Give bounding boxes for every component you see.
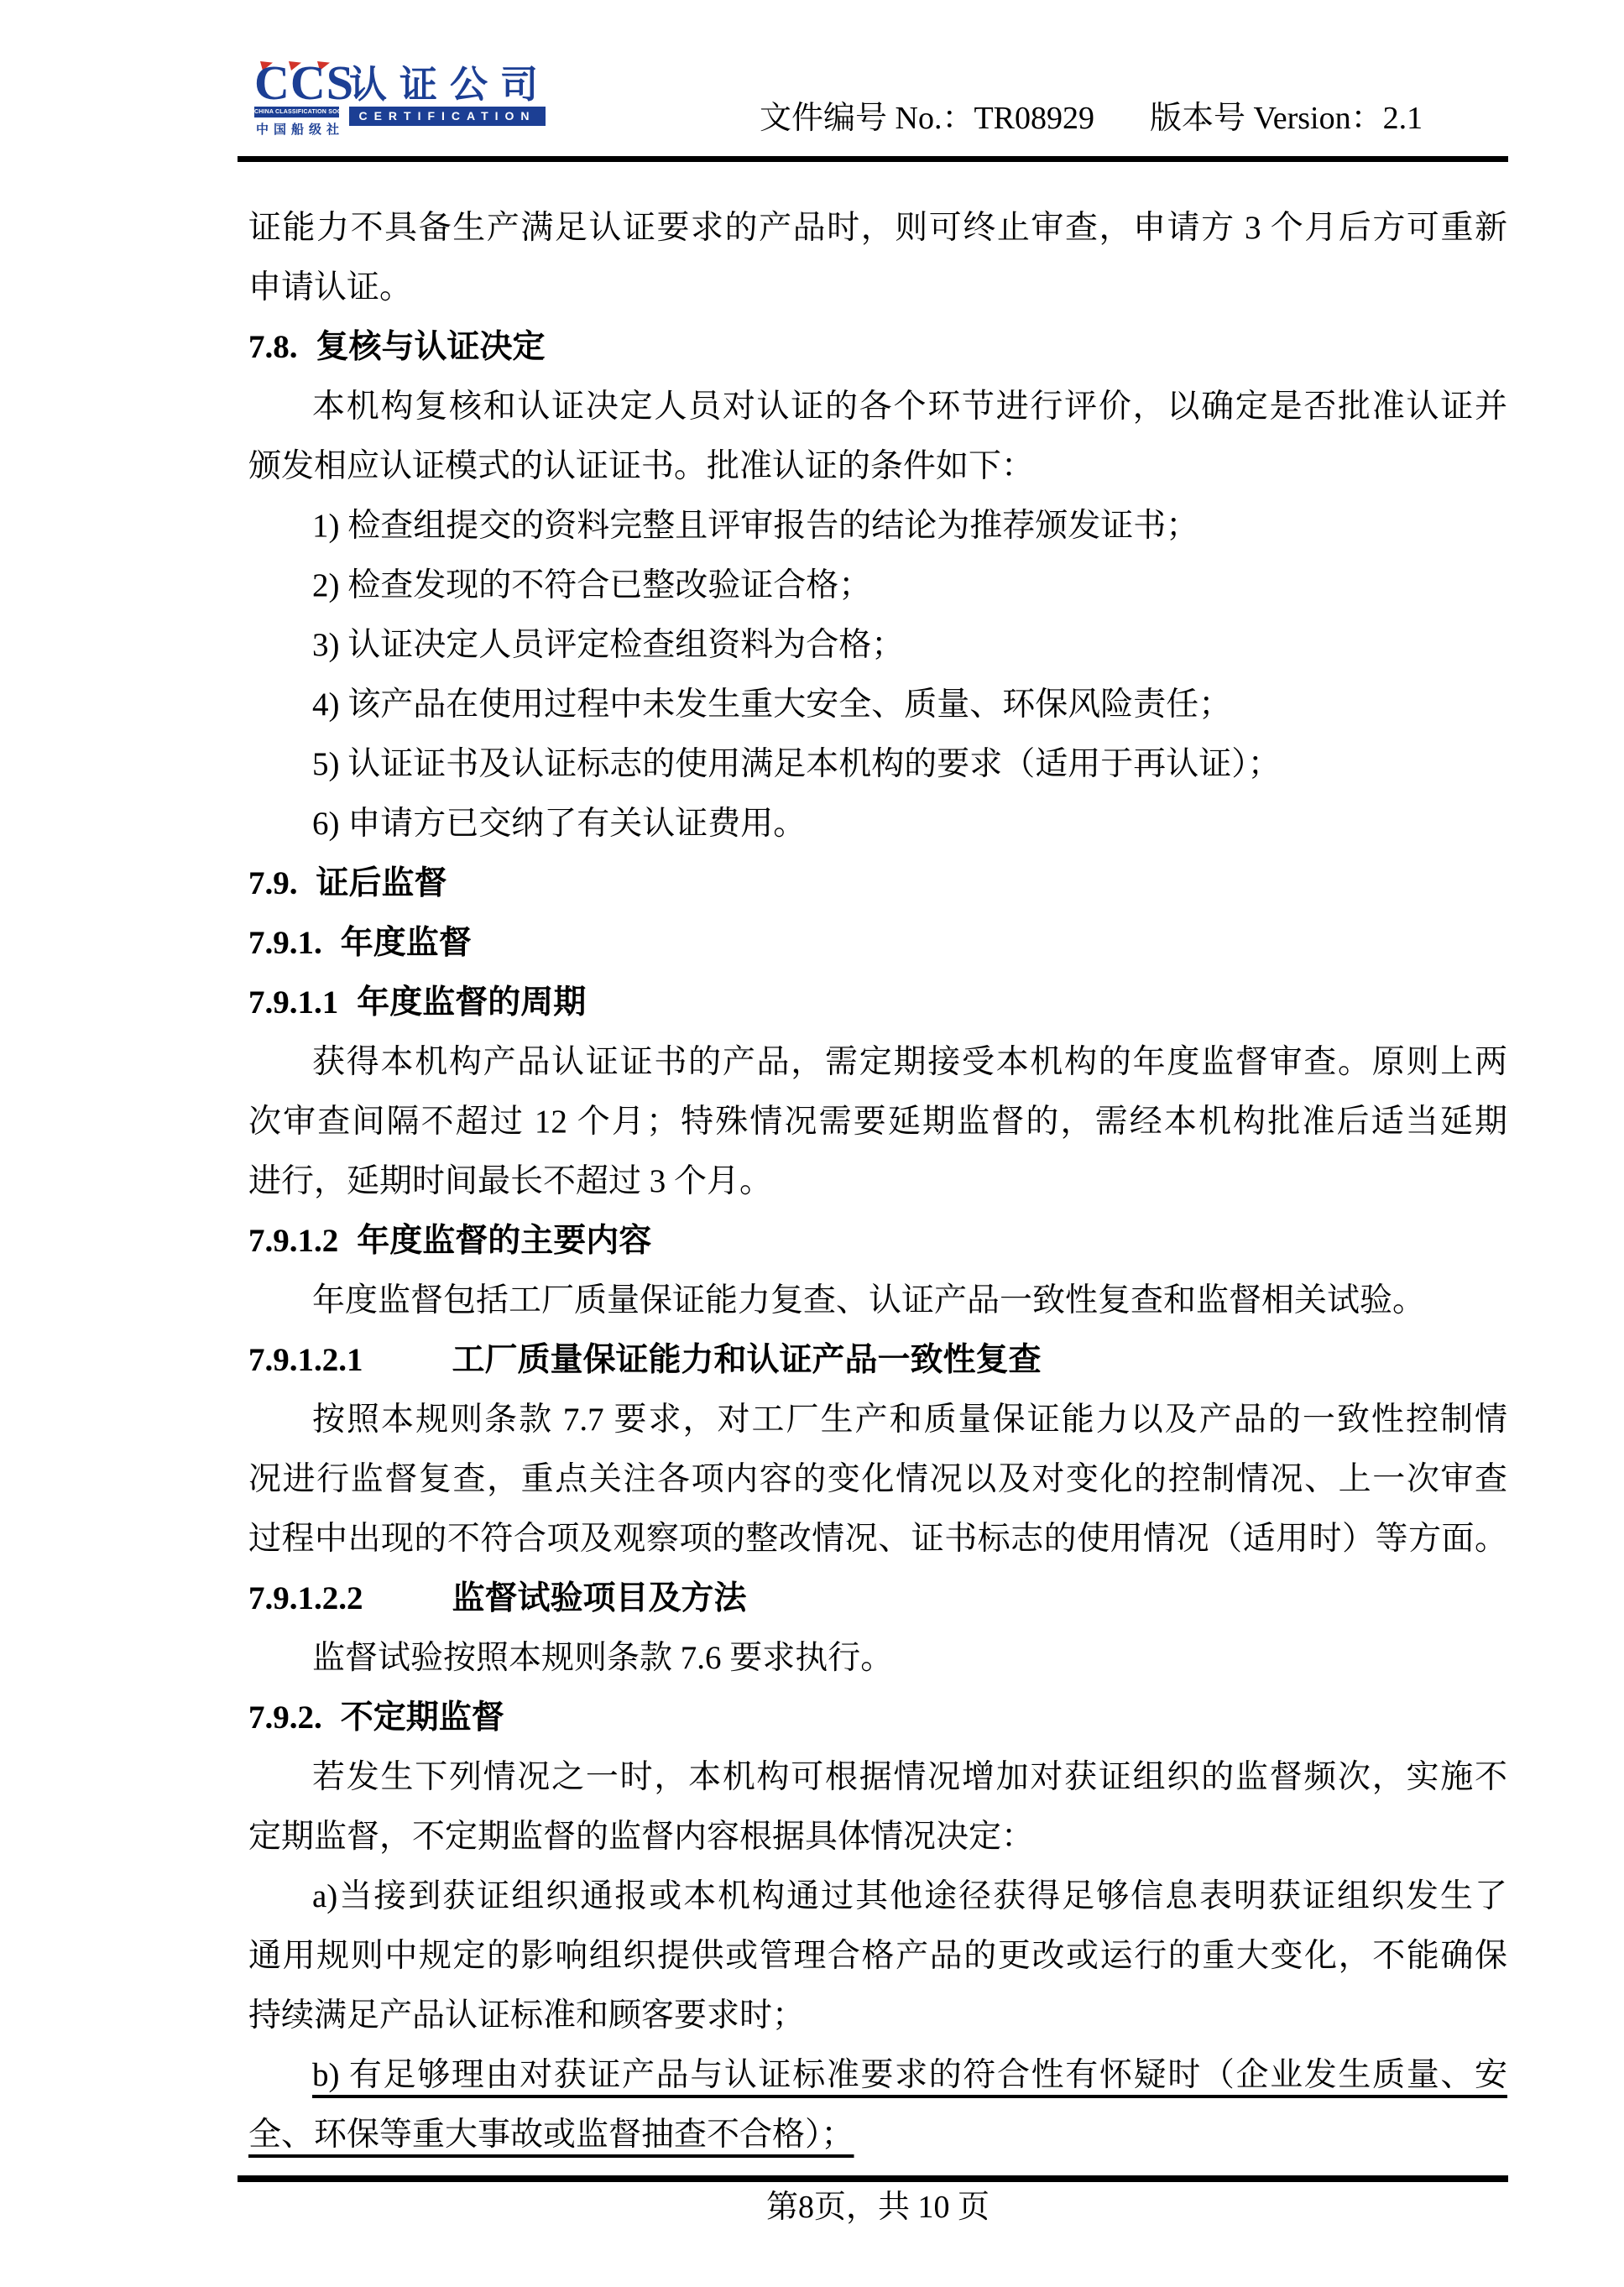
text-line: 若发生下列情况之一时，本机构可根据情况增加对获证组织的监督频次，实施不 — [248, 1747, 1507, 1807]
text-line: 全、环保等重大事故或监督抽查不合格）； — [248, 2105, 1507, 2164]
ccs-logo: CCS CHINA CLASSIFICATION SOCIETY 中国船级社 认… — [254, 49, 556, 158]
text-line: 过程中出现的不符合项及观察项的整改情况、证书标志的使用情况（适用时）等方面。 — [248, 1509, 1507, 1569]
text-line: 通用规则中规定的影响组织提供或管理合格产品的更改或运行的重大变化，不能确保 — [248, 1926, 1507, 1986]
heading-number: 7.9.1.1 — [248, 984, 338, 1021]
ccs-society-bar: CHINA CLASSIFICATION SOCIETY — [254, 107, 339, 117]
text-line: b) 有足够理由对获证产品与认证标准要求的符合性有怀疑时（企业发生质量、安 — [248, 2045, 1507, 2105]
text-line: 5) 认证证书及认证标志的使用满足本机构的要求（适用于再认证）； — [248, 734, 1507, 794]
heading-title: 年度监督的周期 — [357, 984, 586, 1021]
text-line: 定期监督，不定期监督的监督内容根据具体情况决定： — [248, 1807, 1507, 1867]
section-heading: 7.9.1.2.2监督试验项目及方法 — [248, 1569, 1507, 1628]
document-body: 证能力不具备生产满足认证要求的产品时，则可终止审查，申请方 3 个月后方可重新申… — [248, 198, 1507, 2164]
text-line: 监督试验按照本规则条款 7.6 要求执行。 — [248, 1628, 1507, 1688]
section-heading: 7.9.1.1年度监督的周期 — [248, 973, 1507, 1032]
heading-title: 复核与认证决定 — [316, 329, 546, 365]
section-heading: 7.8.复核与认证决定 — [248, 317, 1507, 377]
heading-title: 年度监督 — [341, 925, 472, 961]
heading-title: 监督试验项目及方法 — [452, 1580, 747, 1616]
page-number: 第8页，共 10 页 — [248, 2187, 1507, 2227]
heading-number: 7.8. — [248, 329, 298, 365]
text-line: 证能力不具备生产满足认证要求的产品时，则可终止审查，申请方 3 个月后方可重新 — [248, 198, 1507, 258]
text-line: 申请认证。 — [248, 258, 1507, 317]
header-divider — [238, 156, 1508, 162]
footer-divider — [238, 2175, 1508, 2182]
text-line: 6) 申请方已交纳了有关认证费用。 — [248, 794, 1507, 854]
section-heading: 7.9.1.2.1工厂质量保证能力和认证产品一致性复查 — [248, 1330, 1507, 1390]
heading-title: 不定期监督 — [341, 1700, 504, 1736]
text-line: 4) 该产品在使用过程中未发生重大安全、质量、环保风险责任； — [248, 675, 1507, 734]
heading-title: 证后监督 — [316, 865, 447, 901]
heading-number: 7.9.1.2 — [248, 1223, 338, 1259]
heading-number: 7.9.1. — [248, 925, 322, 961]
section-heading: 7.9.2.不定期监督 — [248, 1688, 1507, 1747]
section-heading: 7.9.1.2年度监督的主要内容 — [248, 1211, 1507, 1271]
heading-number: 7.9. — [248, 865, 298, 901]
certification-bar: CERTIFICATION — [349, 107, 546, 126]
text-line: 颁发相应认证模式的认证证书。批准认证的条件如下： — [248, 436, 1507, 496]
doc-number-value: TR08929 — [974, 101, 1094, 136]
text-line: 获得本机构产品认证证书的产品，需定期接受本机构的年度监督审查。原则上两 — [248, 1032, 1507, 1092]
text-line: 年度监督包括工厂质量保证能力复查、认证产品一致性复查和监督相关试验。 — [248, 1271, 1507, 1330]
text-line: 况进行监督复查，重点关注各项内容的变化情况以及对变化的控制情况、上一次审查 — [248, 1449, 1507, 1509]
heading-number: 7.9.2. — [248, 1700, 322, 1736]
document-page: CCS CHINA CLASSIFICATION SOCIETY 中国船级社 认… — [0, 0, 1624, 2287]
heading-number: 7.9.1.2.2 — [248, 1580, 363, 1616]
version-value: 2.1 — [1383, 101, 1423, 136]
heading-number: 7.9.1.2.1 — [248, 1342, 363, 1378]
heading-title: 年度监督的主要内容 — [357, 1223, 651, 1259]
heading-title: 工厂质量保证能力和认证产品一致性复查 — [452, 1342, 1042, 1378]
section-heading: 7.9.证后监督 — [248, 854, 1507, 913]
text-line: 3) 认证决定人员评定检查组资料为合格； — [248, 615, 1507, 675]
doc-number-label: 文件编号 No.： — [760, 101, 974, 136]
text-line: a)当接到获证组织通报或本机构通过其他途径获得足够信息表明获证组织发生了 — [248, 1867, 1507, 1926]
text-line: 进行，延期时间最长不超过 3 个月。 — [248, 1151, 1507, 1211]
ccs-letters: CCS — [254, 59, 354, 107]
text-line: 1) 检查组提交的资料完整且评审报告的结论为推荐颁发证书； — [248, 496, 1507, 556]
section-heading: 7.9.1.年度监督 — [248, 913, 1507, 973]
document-info: 文件编号 No.：TR08929版本号 Version：2.1 — [760, 99, 1469, 138]
text-line: 本机构复核和认证决定人员对认证的各个环节进行评价，以确定是否批准认证并 — [248, 377, 1507, 436]
version-label: 版本号 Version： — [1150, 101, 1383, 136]
text-line: 持续满足产品认证标准和顾客要求时； — [248, 1986, 1507, 2045]
certification-company-cn: 认证公司 — [349, 65, 551, 103]
text-line: 次审查间隔不超过 12 个月；特殊情况需要延期监督的，需经本机构批准后适当延期 — [248, 1092, 1507, 1151]
text-line: 2) 检查发现的不符合已整改验证合格； — [248, 556, 1507, 615]
text-line: 按照本规则条款 7.7 要求，对工厂生产和质量保证能力以及产品的一致性控制情 — [248, 1390, 1507, 1449]
ccs-chinese-name: 中国船级社 — [256, 120, 344, 138]
